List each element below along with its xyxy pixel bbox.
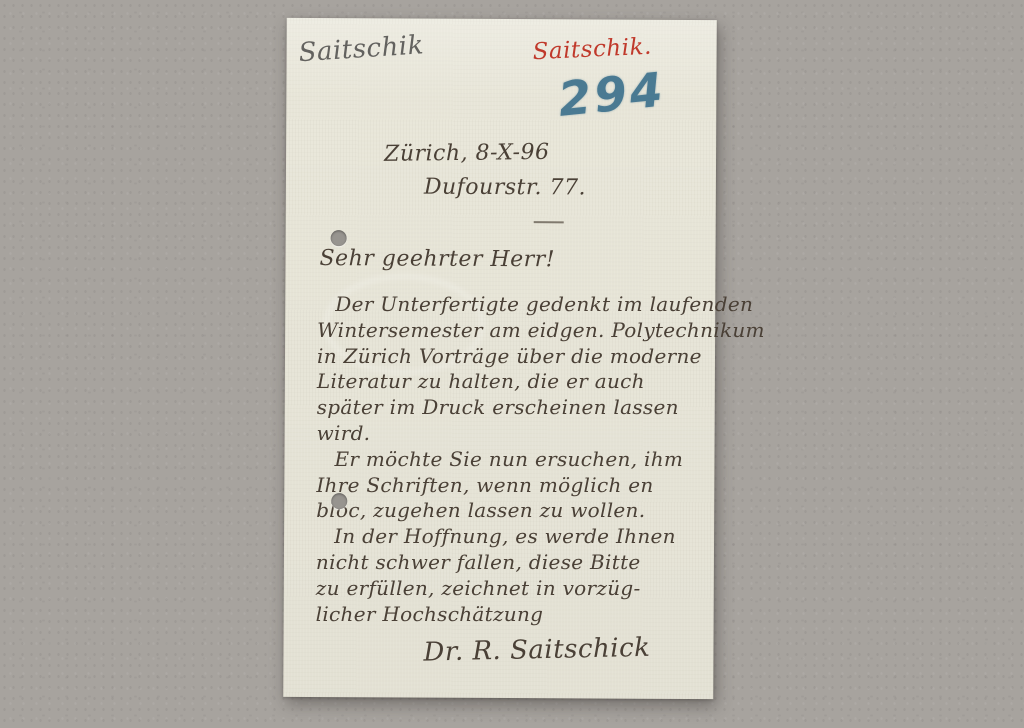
place-date-line: Zürich, 8-X-96 — [384, 140, 550, 167]
punch-hole-bottom — [331, 493, 347, 509]
body-line: licher Hochschätzung — [316, 602, 764, 628]
body-line: Wintersemester am eidgen. Polytechnikum — [317, 318, 765, 344]
pencil-annotation: Saitschik — [298, 30, 425, 68]
body-line: nicht schwer fallen, diese Bitte — [316, 550, 764, 576]
body-line: später im Druck erscheinen lassen — [317, 395, 765, 421]
body-line: In der Hoffnung, es werde Ihnen — [316, 524, 764, 550]
body-line: Literatur zu halten, die er auch — [317, 370, 765, 396]
body-line: Er möchte Sie nun ersuchen, ihm — [316, 447, 764, 473]
body-line: Ihre Schriften, wenn möglich en — [316, 473, 764, 499]
salutation: Sehr geehrter Herr! — [319, 246, 555, 272]
red-ink-annotation: Saitschik. — [532, 34, 652, 66]
punch-hole-top — [331, 230, 347, 246]
letter-paper: Saitschik Saitschik. 294 Zürich, 8-X-96 … — [283, 18, 717, 699]
archive-number: 294 — [556, 62, 668, 127]
body-line: wird. — [317, 421, 765, 447]
body-line: zu erfüllen, zeichnet in vorzüg- — [316, 576, 764, 602]
address-line: Dufourstr. 77. — [424, 175, 586, 201]
body-line: Der Unterfertigte gedenkt im laufenden — [317, 292, 765, 318]
divider-dash — [534, 221, 564, 223]
body-line: bloc, zugehen lassen zu wollen. — [316, 499, 764, 525]
letter-body: Der Unterfertigte gedenkt im laufenden W… — [316, 291, 765, 629]
body-line: in Zürich Vorträge über die moderne — [317, 344, 765, 370]
signature: Dr. R. Saitschick — [423, 633, 651, 668]
